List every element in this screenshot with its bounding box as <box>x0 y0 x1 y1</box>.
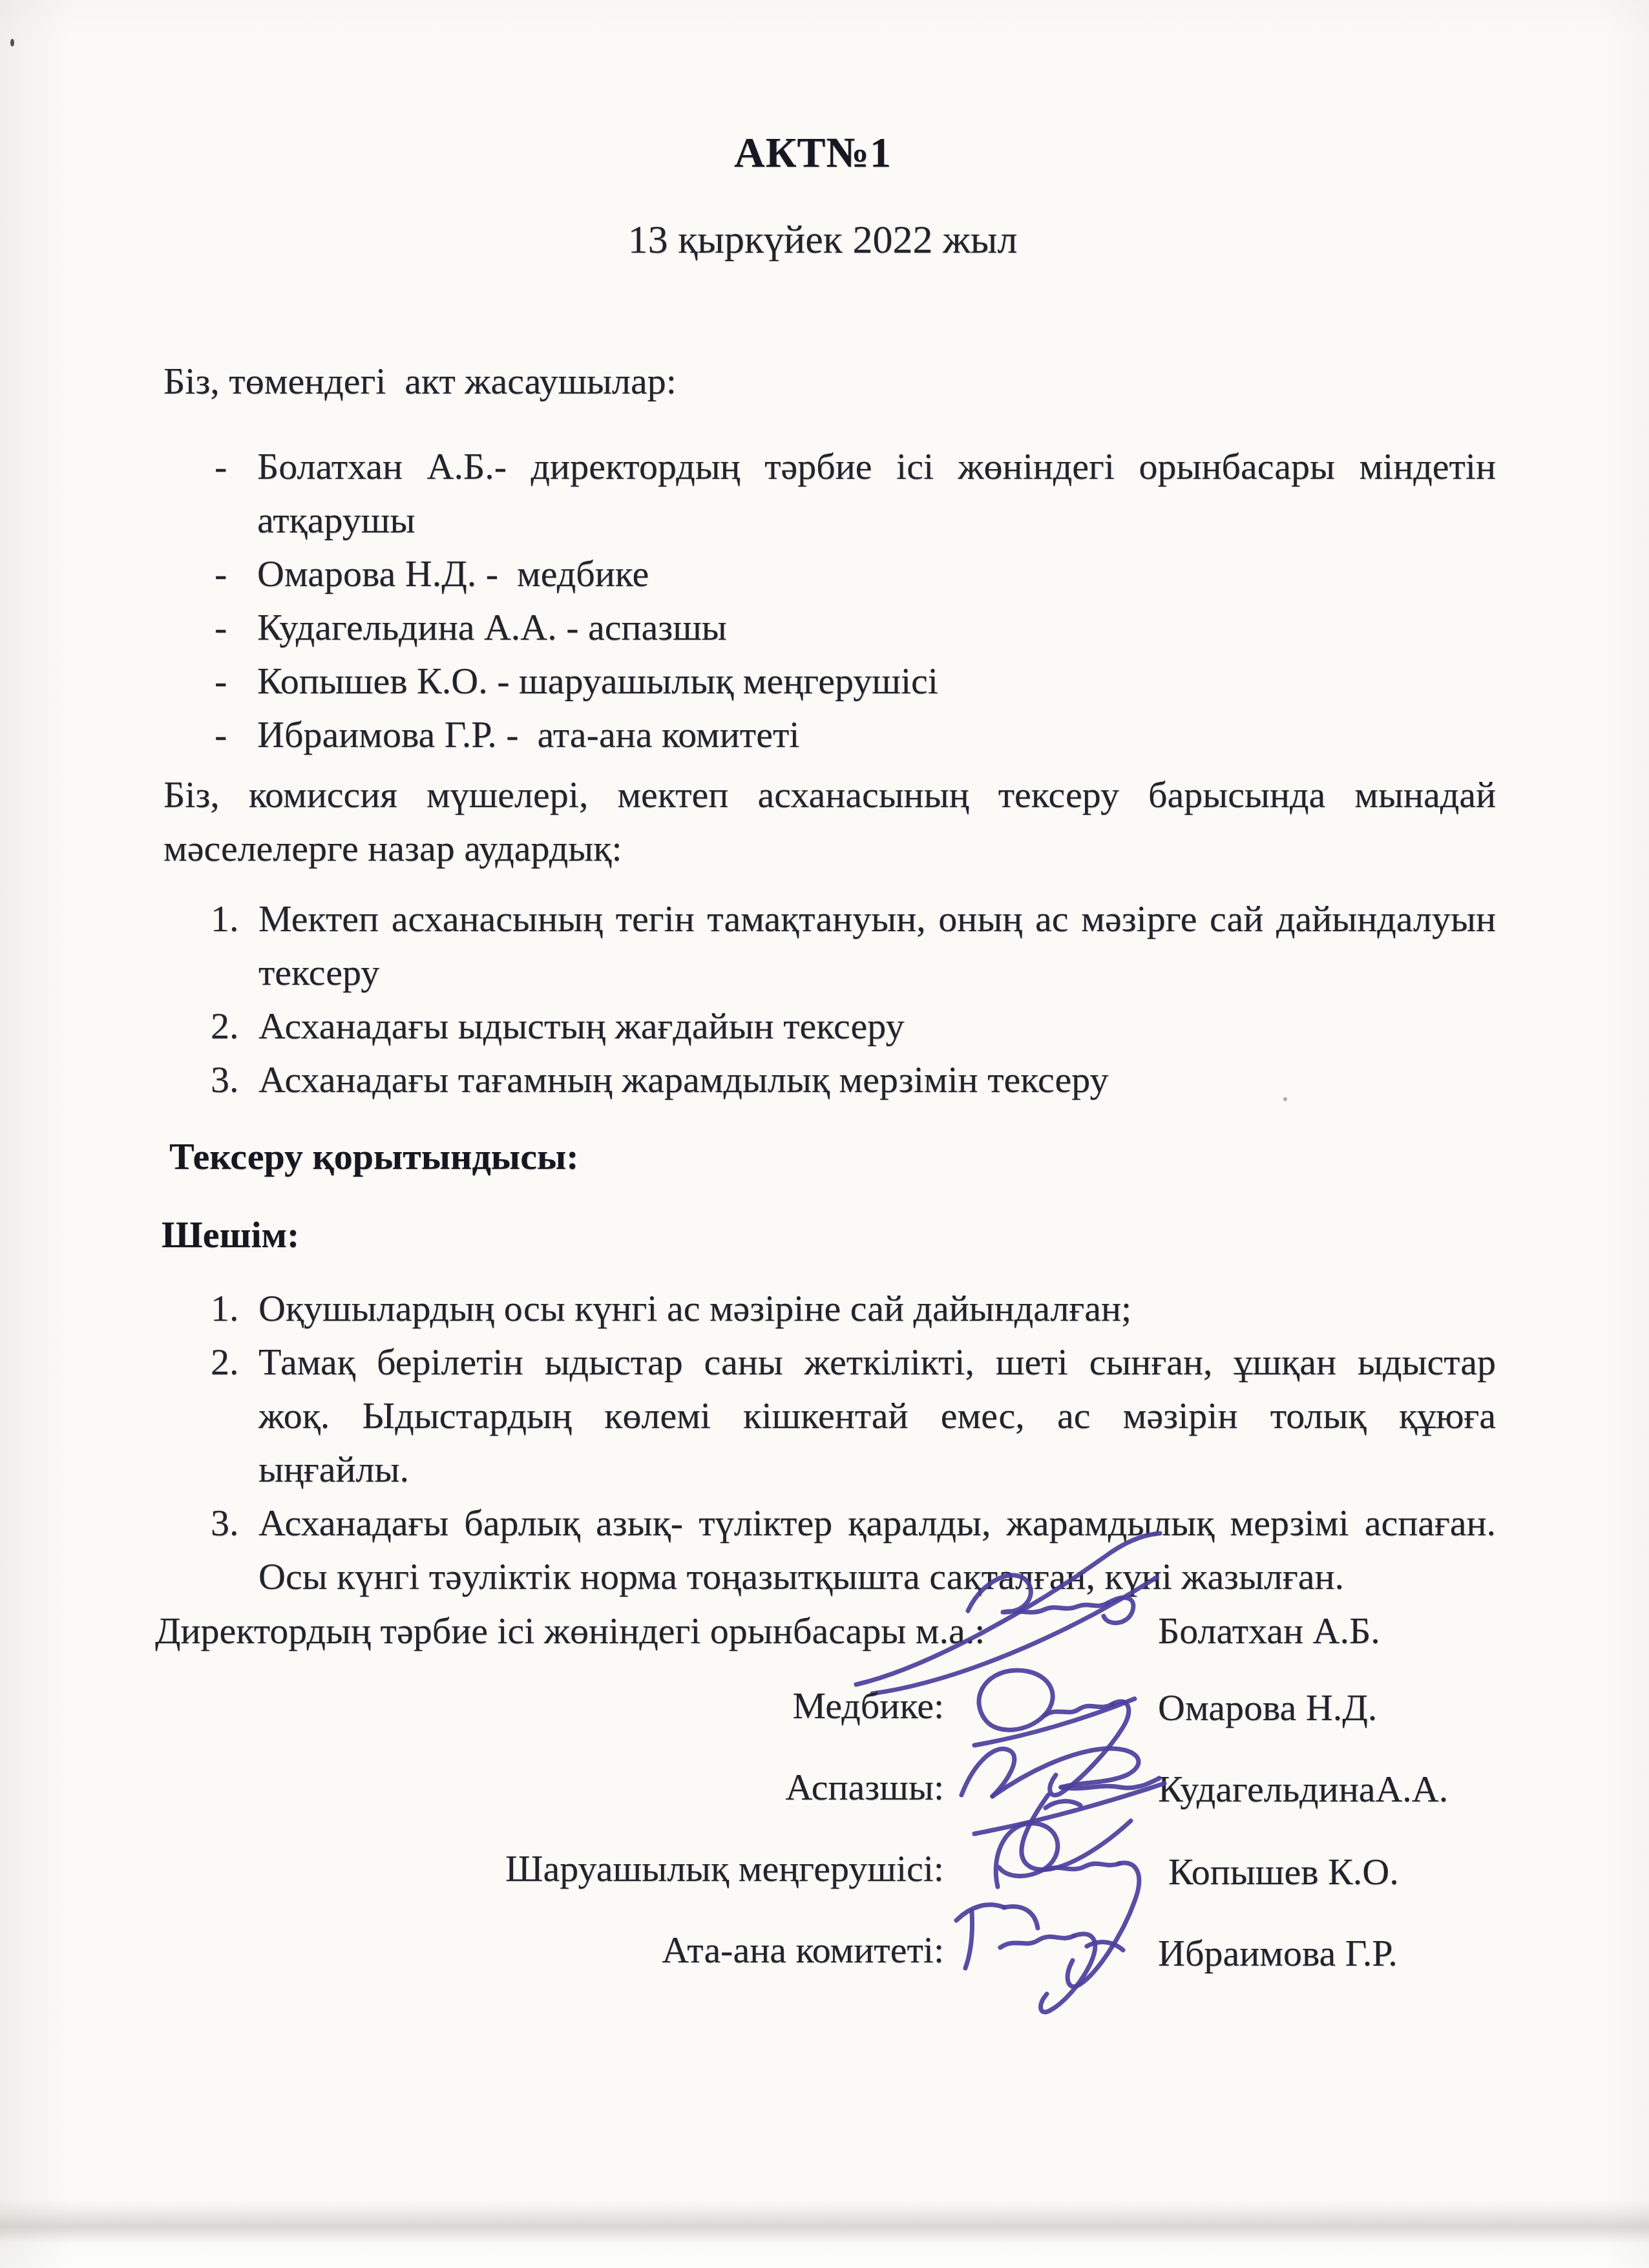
scanned-document-page: АКТ№1 13 қыркүйек 2022 жыл Біз, төмендег… <box>0 0 1649 2268</box>
signature-name: Болатхан А.Б. <box>1158 1604 1380 1657</box>
list-dash: - <box>215 547 227 600</box>
task-item: Мектеп асханасының тегін тамақтануын, он… <box>258 892 1496 945</box>
task-item: Асханадағы ыдыстың жағдайын тексеру <box>258 999 904 1053</box>
member-item: Кудагельдина А.А. - аспазшы <box>257 600 727 654</box>
signature-ibraimova <box>924 1873 1131 2028</box>
signature-name: Копышев К.О. <box>1168 1845 1399 1898</box>
signature-label: Медбике: <box>163 1679 944 1732</box>
scan-speck <box>10 39 14 47</box>
document-title: АКТ№1 <box>163 129 1462 177</box>
intro-paragraph: Біз, төмендегі акт жасаушылар: <box>163 354 677 408</box>
list-number: 1. <box>211 892 239 945</box>
list-number: 3. <box>211 1053 239 1106</box>
decision-item: Оқушылардың осы күнгі ас мәзіріне сай да… <box>258 1281 1131 1335</box>
list-number: 3. <box>211 1496 239 1549</box>
list-dash: - <box>215 439 227 493</box>
task-item: Асханадағы тағамның жарамдылық мерзімін … <box>258 1053 1108 1106</box>
list-number: 2. <box>211 999 239 1053</box>
member-item: Болатхан А.Б.- директордың тәрбие ісі жө… <box>257 439 1496 493</box>
list-dash: - <box>215 708 227 761</box>
paragraph-line: мәселелерге назар аудардық: <box>163 821 622 875</box>
member-item: Омарова Н.Д. - медбике <box>257 547 649 600</box>
list-dash: - <box>215 600 227 654</box>
scan-speck <box>1283 1097 1287 1101</box>
decision-item: жоқ. Ыдыстардың көлемі кішкентай емес, а… <box>258 1389 1496 1442</box>
decision-heading: Шешім: <box>162 1208 299 1261</box>
signature-name: Ибраимова Г.Р. <box>1158 1926 1398 1980</box>
decision-item: Тамақ берілетін ыдыстар саны жеткілікті,… <box>258 1335 1496 1389</box>
signature-label: Аспазшы: <box>163 1760 944 1814</box>
member-item: атқарушы <box>257 493 415 547</box>
list-number: 2. <box>211 1335 239 1389</box>
signature-label: Шаруашылық меңгерушісі: <box>163 1842 944 1895</box>
conclusion-heading: Тексеру қорытындысы: <box>169 1129 579 1183</box>
signature-name: КудагельдинаА.А. <box>1158 1762 1448 1816</box>
task-item: тексеру <box>258 945 379 999</box>
signature-label: Ата-ана комитеті: <box>163 1923 944 1977</box>
member-item: Копышев К.О. - шаруашылық меңгерушісі <box>257 654 938 708</box>
list-number: 1. <box>211 1281 239 1335</box>
paragraph-line: Біз, комиссия мүшелері, мектеп асханасын… <box>163 768 1496 821</box>
signature-name: Омарова Н.Д. <box>1158 1681 1377 1734</box>
list-dash: - <box>215 654 227 708</box>
decision-item: ыңғайлы. <box>258 1442 409 1496</box>
member-item: Ибраимова Г.Р. - ата-ана комитеті <box>257 708 799 761</box>
document-date: 13 қыркүйек 2022 жыл <box>163 213 1482 267</box>
